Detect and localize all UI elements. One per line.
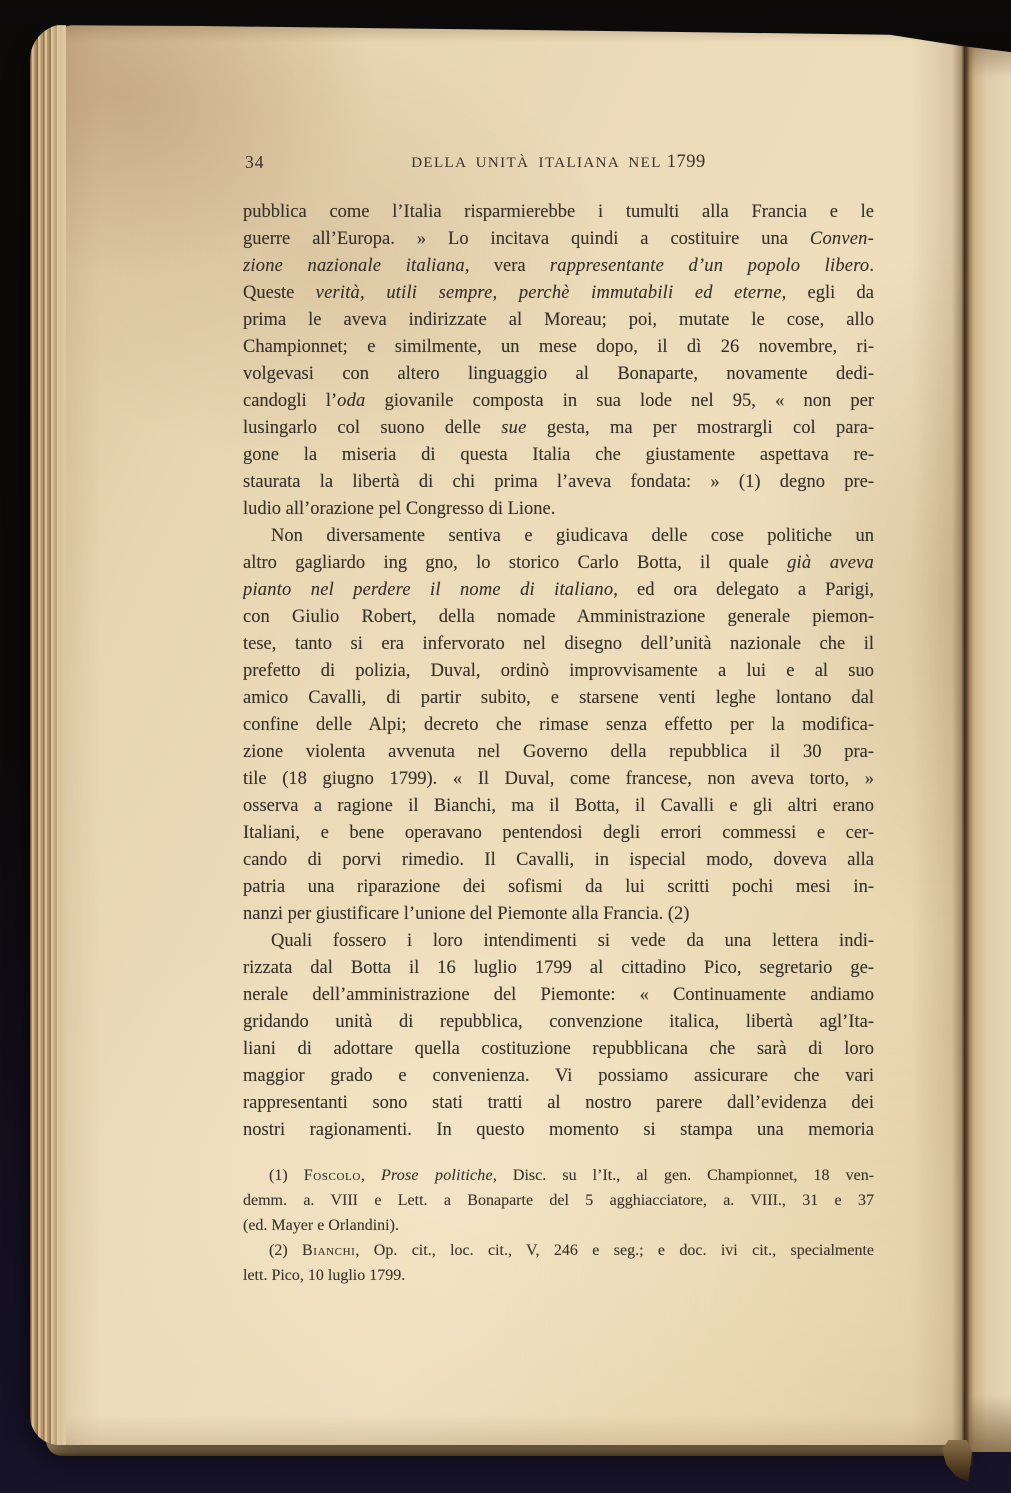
book-page: 34 DELLA UNITÀ ITALIANA NEL1799 pubblica… <box>30 24 966 1445</box>
running-title-year: 1799 <box>667 152 706 172</box>
text-line: lusingarlo col suono delle sue gesta, ma… <box>243 415 874 442</box>
running-title: DELLA UNITÀ ITALIANA NEL1799 <box>243 150 874 175</box>
text-line: rizzata dal Botta il 16 luglio 1799 al c… <box>243 955 874 982</box>
text-line: ludio all’orazione pel Congresso di Lion… <box>243 496 874 523</box>
text-line: zione violenta avvenuta nel Governo dell… <box>243 739 874 766</box>
text-line: tese, tanto si era infervorato nel diseg… <box>243 631 874 658</box>
text-line: gone la miseria di questa Italia che giu… <box>243 442 874 469</box>
text-line: altro gagliardo ing gno, lo storico Carl… <box>243 550 874 577</box>
text-line: gridando unità di repubblica, convenzion… <box>243 1009 874 1036</box>
text-line: candogli l’oda giovanile composta in sua… <box>243 388 874 415</box>
text-line: lett. Pico, 10 luglio 1799. <box>243 1263 874 1288</box>
text-line: nanzi per giustificare l’unione del Piem… <box>243 901 874 928</box>
text-line: osserva a ragione il Bianchi, ma il Bott… <box>243 793 874 820</box>
text-line: (ed. Mayer e Orlandini). <box>243 1213 874 1238</box>
gutter-shadow <box>952 26 974 1466</box>
spine-tab <box>942 1440 972 1482</box>
text-line: (1) Foscolo, Prose politiche, Disc. su l… <box>243 1163 874 1188</box>
running-title-text: DELLA UNITÀ ITALIANA NEL <box>411 155 662 171</box>
body-text: pubblica come l’Italia risparmierebbe i … <box>243 199 874 1144</box>
text-line: (2) Bianchi, Op. cit., loc. cit., V, 246… <box>243 1238 874 1263</box>
text-line: confine delle Alpi; decreto che rimase s… <box>243 712 874 739</box>
text-line: Queste verità, utili sempre, perchè immu… <box>243 280 874 307</box>
text-line: cando di porvi rimedio. Il Cavalli, in i… <box>243 847 874 874</box>
text-line: nostri ragionamenti. In questo momento s… <box>243 1117 874 1144</box>
photo-background: 34 DELLA UNITÀ ITALIANA NEL1799 pubblica… <box>0 0 1011 1493</box>
text-line: guerre all’Europa. » Lo incitava quindi … <box>243 226 874 253</box>
text-line: liani di adottare quella costituzione re… <box>243 1036 874 1063</box>
text-line: demm. a. VIII e Lett. a Bonaparte del 5 … <box>243 1188 874 1213</box>
footnotes: (1) Foscolo, Prose politiche, Disc. su l… <box>243 1163 874 1288</box>
text-line: volgevasi con altero linguaggio al Bonap… <box>243 361 874 388</box>
text-line: maggior grado e convenienza. Vi possiamo… <box>243 1063 874 1090</box>
text-line: pianto nel perdere il nome di italiano, … <box>243 577 874 604</box>
text-line: nerale dell’amministrazione del Piemonte… <box>243 982 874 1009</box>
text-line: prima le aveva indirizzate al Moreau; po… <box>243 307 874 334</box>
page-edge-stack <box>30 24 66 1445</box>
text-line: tile (18 giugno 1799). « Il Duval, come … <box>243 766 874 793</box>
text-line: Italiani, e bene operavano pentendosi de… <box>243 820 874 847</box>
text-line: pubblica come l’Italia risparmierebbe i … <box>243 199 874 226</box>
text-line: zione nazionale italiana, vera rappresen… <box>243 253 874 280</box>
text-line: Non diversamente sentiva e giudicava del… <box>243 523 874 550</box>
text-line: Quali fossero i loro intendimenti si ved… <box>243 928 874 955</box>
text-line: staurata la libertà di chi prima l’aveva… <box>243 469 874 496</box>
text-line: patria una riparazione dei sofismi da lu… <box>243 874 874 901</box>
text-line: rappresentanti sono stati tratti al nost… <box>243 1090 874 1117</box>
text-line: prefetto di polizia, Duval, ordinò impro… <box>243 658 874 685</box>
running-header: 34 DELLA UNITÀ ITALIANA NEL1799 <box>243 150 874 174</box>
text-line: amico Cavalli, di partir subito, e stars… <box>243 685 874 712</box>
page-number: 34 <box>245 150 265 174</box>
text-line: Championnet; e similmente, un mese dopo,… <box>243 334 874 361</box>
text-line: con Giulio Robert, della nomade Amminist… <box>243 604 874 631</box>
